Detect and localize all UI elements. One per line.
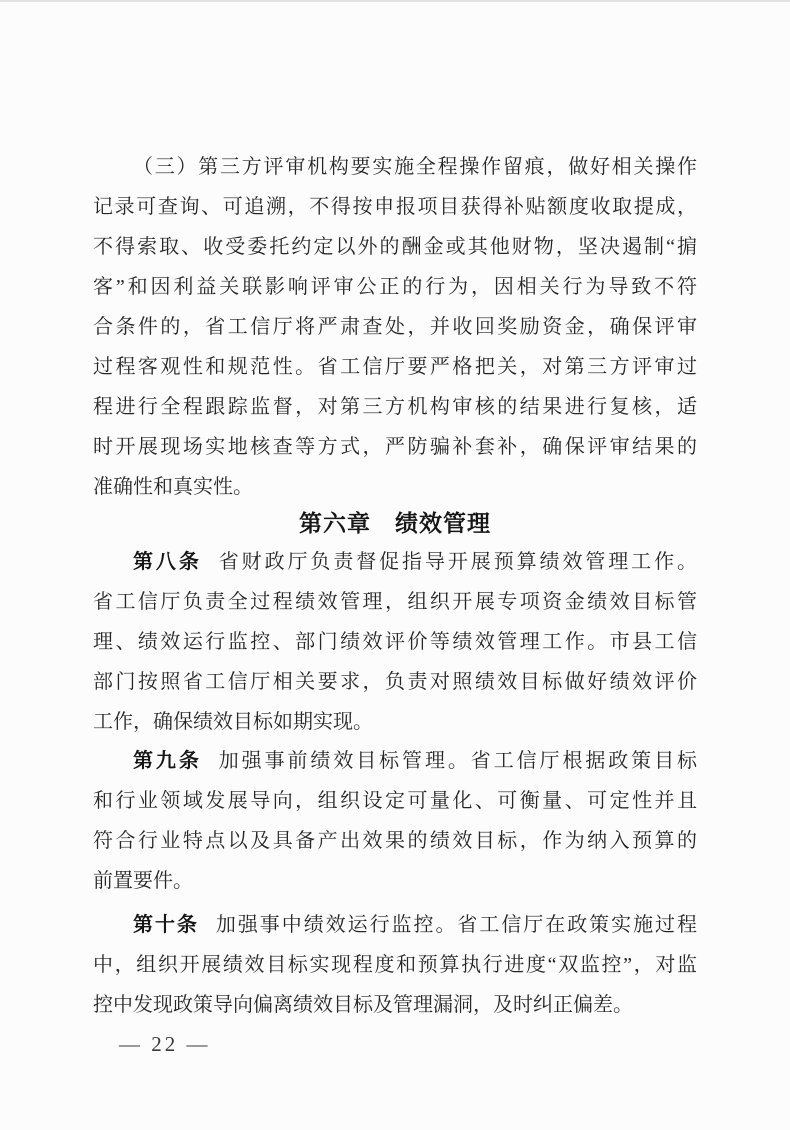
document-page: （三）第三方评审机构要实施全程操作留痕，做好相关操作 记录可查询、可追溯，不得按… — [0, 0, 790, 1130]
scan-edge-artifact — [0, 0, 790, 2]
article-label: 第九条 — [133, 750, 202, 772]
body-line: 工作，确保绩效目标如期实现。 — [93, 702, 697, 742]
article-10-paragraph: 第十条加强事中绩效运行监控。省工信厅在政策实施过程 中，组织开展绩效目标实现程度… — [93, 905, 697, 1025]
body-line: （三）第三方评审机构要实施全程操作留痕，做好相关操作 — [93, 147, 697, 187]
body-line: 省工信厅负责全过程绩效管理，组织开展专项资金绩效目标管 — [93, 582, 697, 622]
body-line: 第九条加强事前绩效目标管理。省工信厅根据政策目标 — [93, 741, 697, 781]
paragraph-item-three: （三）第三方评审机构要实施全程操作留痕，做好相关操作 记录可查询、可追溯，不得按… — [93, 147, 697, 507]
article-first-line-text: 省财政厅负责督促指导开展预算绩效管理工作。 — [219, 551, 697, 573]
body-line: 第八条省财政厅负责督促指导开展预算绩效管理工作。 — [93, 542, 697, 582]
body-line: 和行业领域发展导向，组织设定可量化、可衡量、可定性并且 — [93, 781, 697, 821]
body-line: 符合行业特点以及具备产出效果的绩效目标，作为纳入预算的 — [93, 821, 697, 861]
article-label: 第八条 — [133, 551, 202, 573]
page-number: — 22 — — [119, 1030, 211, 1058]
body-line: 理、绩效运行监控、部门绩效评价等绩效管理工作。市县工信 — [93, 622, 697, 662]
body-line: 时开展现场实地核查等方式，严防骗补套补，确保评审结果的 — [93, 427, 697, 467]
body-line: 程进行全程跟踪监督，对第三方机构审核的结果进行复核，适 — [93, 387, 697, 427]
body-line: 中，组织开展绩效目标实现程度和预算执行进度“双监控”，对监 — [93, 945, 697, 985]
body-line: 前置要件。 — [93, 861, 697, 901]
body-line: 不得索取、收受委托约定以外的酬金或其他财物，坚决遏制“掮 — [93, 227, 697, 267]
chapter-heading: 第六章 绩效管理 — [93, 503, 697, 543]
body-line: 第十条加强事中绩效运行监控。省工信厅在政策实施过程 — [93, 905, 697, 945]
body-line: 准确性和真实性。 — [93, 467, 697, 507]
body-line: 部门按照省工信厅相关要求，负责对照绩效目标做好绩效评价 — [93, 662, 697, 702]
body-line: 记录可查询、可追溯，不得按申报项目获得补贴额度收取提成， — [93, 187, 697, 227]
body-line: 控中发现政策导向偏离绩效目标及管理漏洞，及时纠正偏差。 — [93, 985, 697, 1025]
body-line: 过程客观性和规范性。省工信厅要严格把关，对第三方评审过 — [93, 347, 697, 387]
article-8-paragraph: 第八条省财政厅负责督促指导开展预算绩效管理工作。 省工信厅负责全过程绩效管理，组… — [93, 542, 697, 742]
article-first-line-text: 加强事前绩效目标管理。省工信厅根据政策目标 — [219, 750, 697, 772]
article-9-paragraph: 第九条加强事前绩效目标管理。省工信厅根据政策目标 和行业领域发展导向，组织设定可… — [93, 741, 697, 901]
body-line: 合条件的，省工信厅将严肃查处，并收回奖励资金，确保评审 — [93, 307, 697, 347]
article-label: 第十条 — [133, 914, 199, 936]
article-first-line-text: 加强事中绩效运行监控。省工信厅在政策实施过程 — [216, 914, 697, 936]
body-line: 客”和因利益关联影响评审公正的行为，因相关行为导致不符 — [93, 267, 697, 307]
